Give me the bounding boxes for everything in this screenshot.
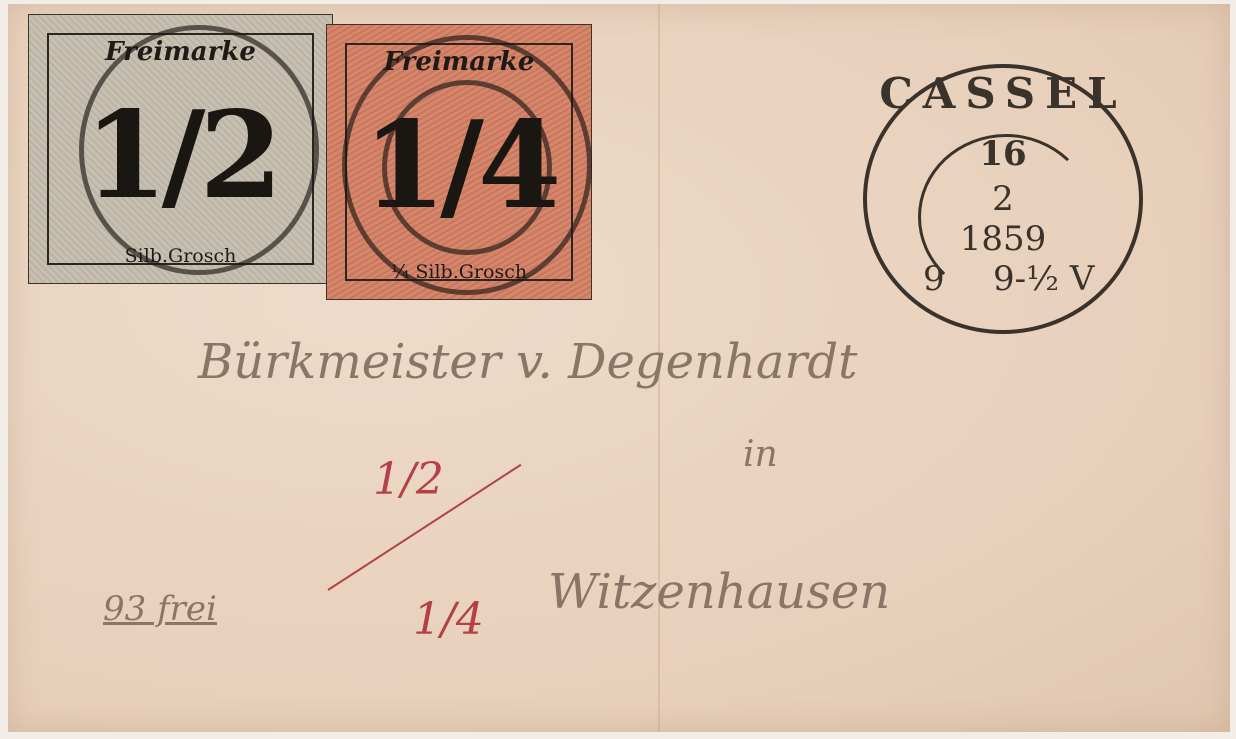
stamp-quarter-groschen: Freimarke 1/4 ¼ Silb.Grosch [326, 24, 592, 300]
red-fraction-half: 1/2 [373, 454, 444, 505]
numeral-cancel-ring [382, 80, 552, 255]
address-line-2: in [743, 434, 778, 475]
address-line-3: Witzenhausen [548, 564, 890, 620]
cassel-postmark: CASSEL 16 2 1859 9 9-½ V [863, 64, 1143, 334]
red-fraction-quarter: 1/4 [413, 594, 484, 645]
numeral-cancel-ring [79, 25, 319, 275]
postmark-month: 2 [863, 179, 1143, 219]
postmark-year: 1859 [863, 219, 1143, 259]
address-note: 93 frei [103, 589, 217, 629]
stamp-half-groschen: Freimarke 1/2 Silb.Grosch [28, 14, 333, 284]
postmark-time-left: 9 [923, 259, 945, 299]
postmark-day: 16 [863, 134, 1143, 174]
postmark-time-right: 9-½ V [993, 259, 1094, 299]
envelope: Freimarke 1/2 Silb.Grosch Freimarke 1/4 … [8, 4, 1230, 732]
postmark-town: CASSEL [863, 69, 1143, 118]
address-line-1: Bürkmeister v. Degenhardt [198, 334, 857, 390]
